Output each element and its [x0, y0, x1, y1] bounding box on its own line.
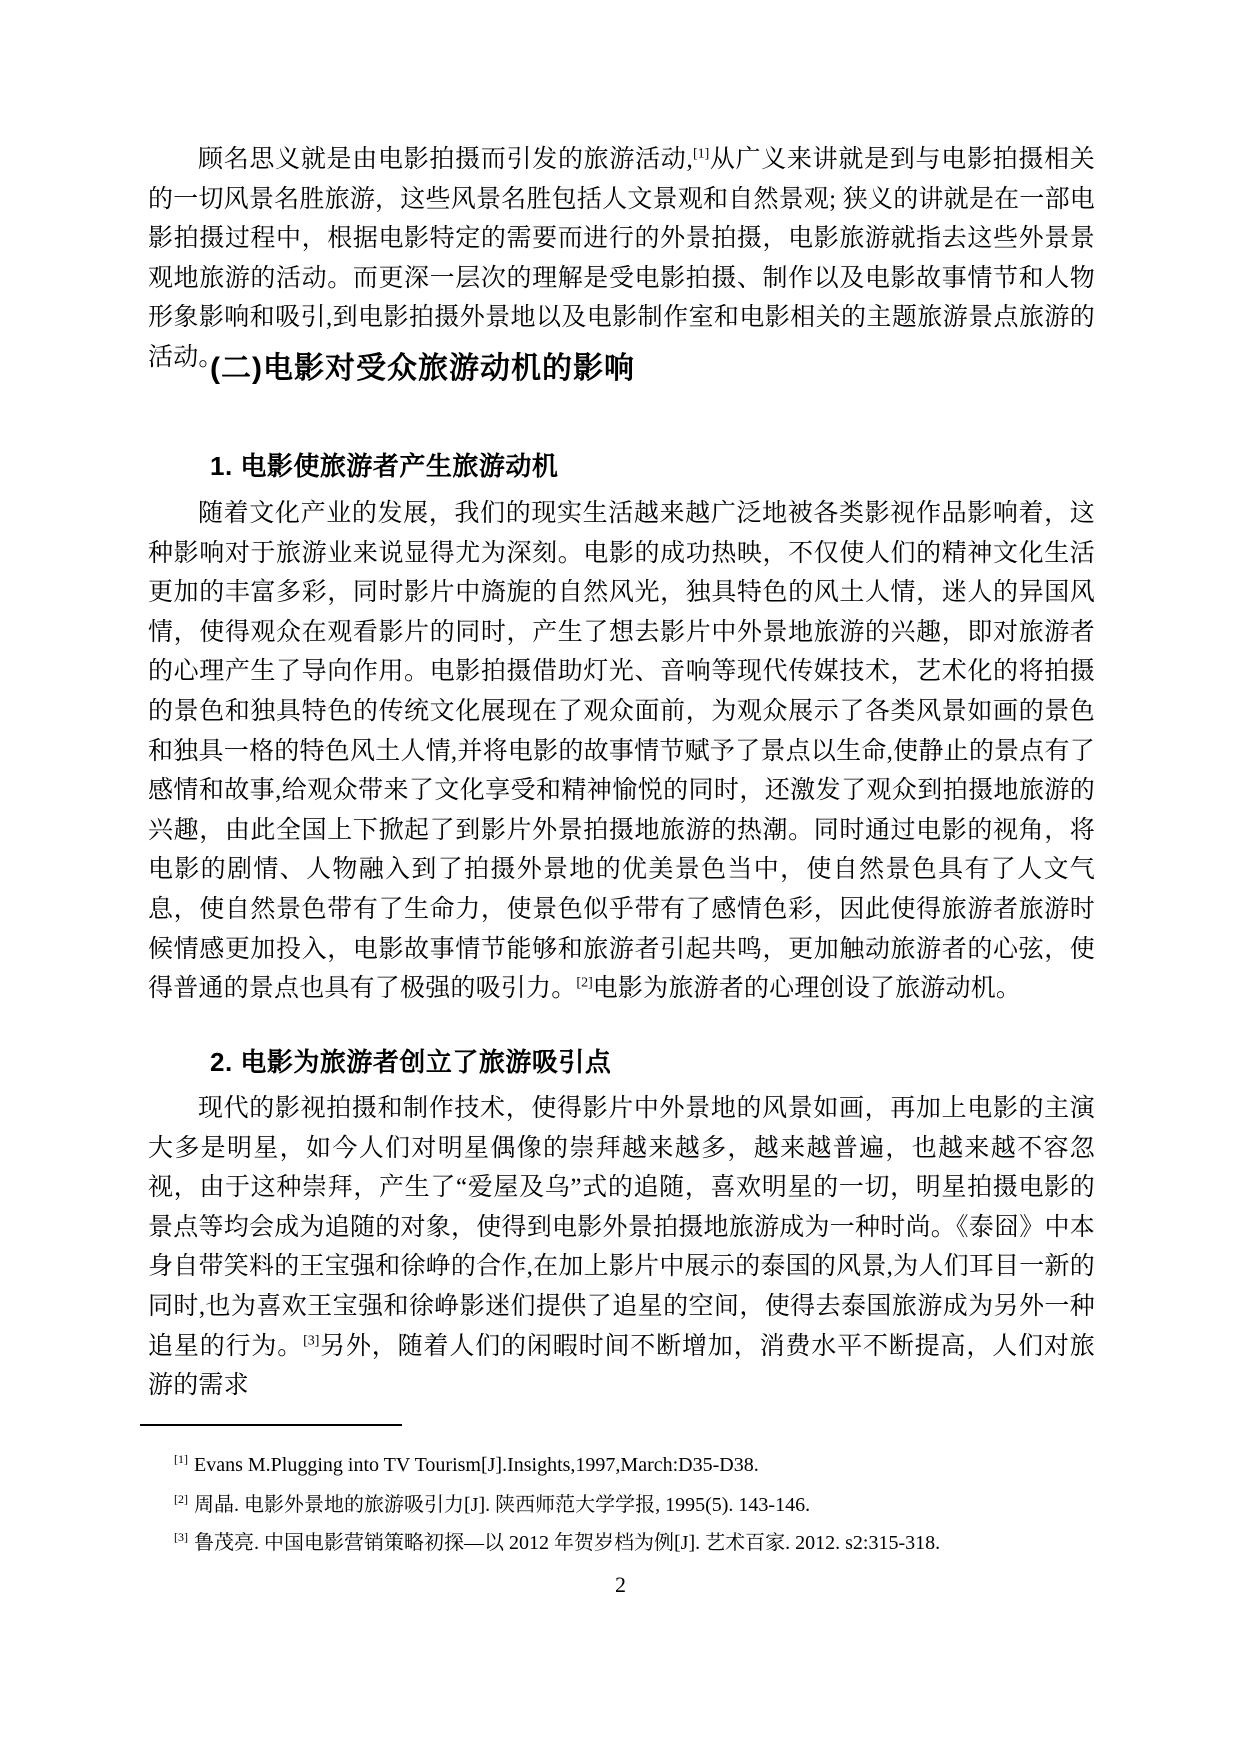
- footnote-3-marker: [3]: [174, 1530, 188, 1544]
- page-number: 2: [0, 1572, 1241, 1598]
- intro-paragraph: 顾名思义就是由电影拍摄而引发的旅游活动,[1]从广义来讲就是到与电影拍摄相关的一…: [148, 140, 1095, 378]
- footnote-reference: [1]: [693, 147, 709, 162]
- footnote-3-text: 鲁茂亮. 中国电影营销策略初探—以 2012 年贺岁档为例[J]. 艺术百家. …: [194, 1532, 940, 1554]
- section-heading: (二)电影对受众旅游动机的影响: [210, 343, 635, 387]
- footnote-1: [1]Evans M.Plugging into TV Tourism[J].I…: [148, 1450, 1108, 1480]
- footnote-2-marker: [2]: [174, 1492, 188, 1506]
- document-page: 顾名思义就是由电影拍摄而引发的旅游活动,[1]从广义来讲就是到与电影拍摄相关的一…: [0, 0, 1241, 1754]
- subsection-2-paragraph: 现代的影视拍摄和制作技术，使得影片中外景地的风景如画，再加上电影的主演大多是明星…: [148, 1089, 1095, 1406]
- footnote-3: [3]鲁茂亮. 中国电影营销策略初探—以 2012 年贺岁档为例[J]. 艺术百…: [148, 1528, 1108, 1558]
- footnote-1-text: Evans M.Plugging into TV Tourism[J].Insi…: [194, 1454, 759, 1476]
- subsection-2-heading: 2. 电影为旅游者创立了旅游吸引点: [210, 1042, 611, 1079]
- footnote-reference: [3]: [303, 1333, 319, 1348]
- footnote-separator-rule: [140, 1424, 402, 1426]
- subsection-1-heading: 1. 电影使旅游者产生旅游动机: [210, 446, 558, 483]
- footnote-2: [2]周晶. 电影外景地的旅游吸引力[J]. 陕西师范大学学报, 1995(5)…: [148, 1490, 1108, 1520]
- subsection-1-paragraph: 随着文化产业的发展，我们的现实生活越来越广泛地被各类影视作品影响着，这种影响对于…: [148, 494, 1095, 1009]
- footnote-1-marker: [1]: [174, 1452, 188, 1466]
- footnote-reference: [2]: [576, 976, 592, 991]
- footnote-2-text: 周晶. 电影外景地的旅游吸引力[J]. 陕西师范大学学报, 1995(5). 1…: [194, 1494, 810, 1516]
